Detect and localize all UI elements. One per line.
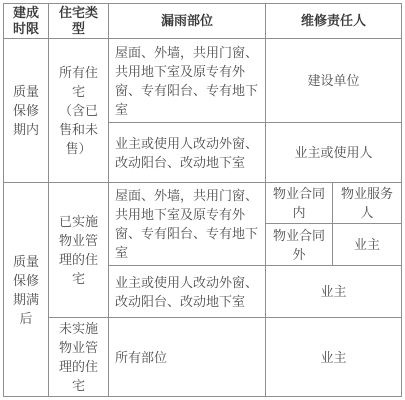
header-house-type: 住宅类 型 [49,4,109,39]
cell-modified-parts-1: 业主或使用人改动外窗、 改动阳台、改动地下室 [109,123,266,183]
cell-all-housing: 所有住 宅 （含已 售和未 售） [49,39,109,183]
header-responsible-person: 维修责任人 [266,4,402,39]
header-build-time: 建成 时限 [4,4,49,39]
cell-contract-out-label: 物业合同 外 [266,224,333,266]
maintenance-responsibility-table: 建成 时限 住宅类 型 漏雨部位 维修责任人 质量 保修 期内 所有住 宅 （含… [3,3,402,397]
cell-all-parts: 所有部位 [109,318,266,397]
cell-owner-or-user-responsible: 业主或使用人 [266,123,402,183]
cell-contract-in-label: 物业合同 内 [266,183,333,224]
cell-unmanaged-housing: 未实施 物业管 理的住 宅 [49,318,109,397]
document-page: 建成 时限 住宅类 型 漏雨部位 维修责任人 质量 保修 期内 所有住 宅 （含… [0,0,405,400]
cell-owner-responsible-2: 业主 [266,266,402,318]
cell-within-warranty-label: 质量 保修 期内 [4,39,49,183]
cell-modified-parts-2: 业主或使用人改动外窗、 改动阳台、改动地下室 [109,266,266,318]
cell-common-parts-1: 屋面、外墙，共用门窗、 共用地下室及原专有外 窗、专有阳台、专有地下 室 [109,39,266,123]
cell-builder-responsible: 建设单位 [266,39,402,123]
cell-owner-responsible-1: 业主 [333,224,402,266]
cell-property-service-responsible: 物业服务 人 [333,183,402,224]
cell-common-parts-2: 屋面、外墙，共用门窗、 共用地下室及原专有外 窗、专有阳台、专有地下 室 [109,183,266,266]
header-leak-location: 漏雨部位 [109,4,266,39]
cell-managed-housing: 已实施 物业管 理的住 宅 [49,183,109,318]
cell-owner-responsible-3: 业主 [266,318,402,397]
cell-after-warranty-label: 质量 保修 期满 后 [4,183,49,397]
